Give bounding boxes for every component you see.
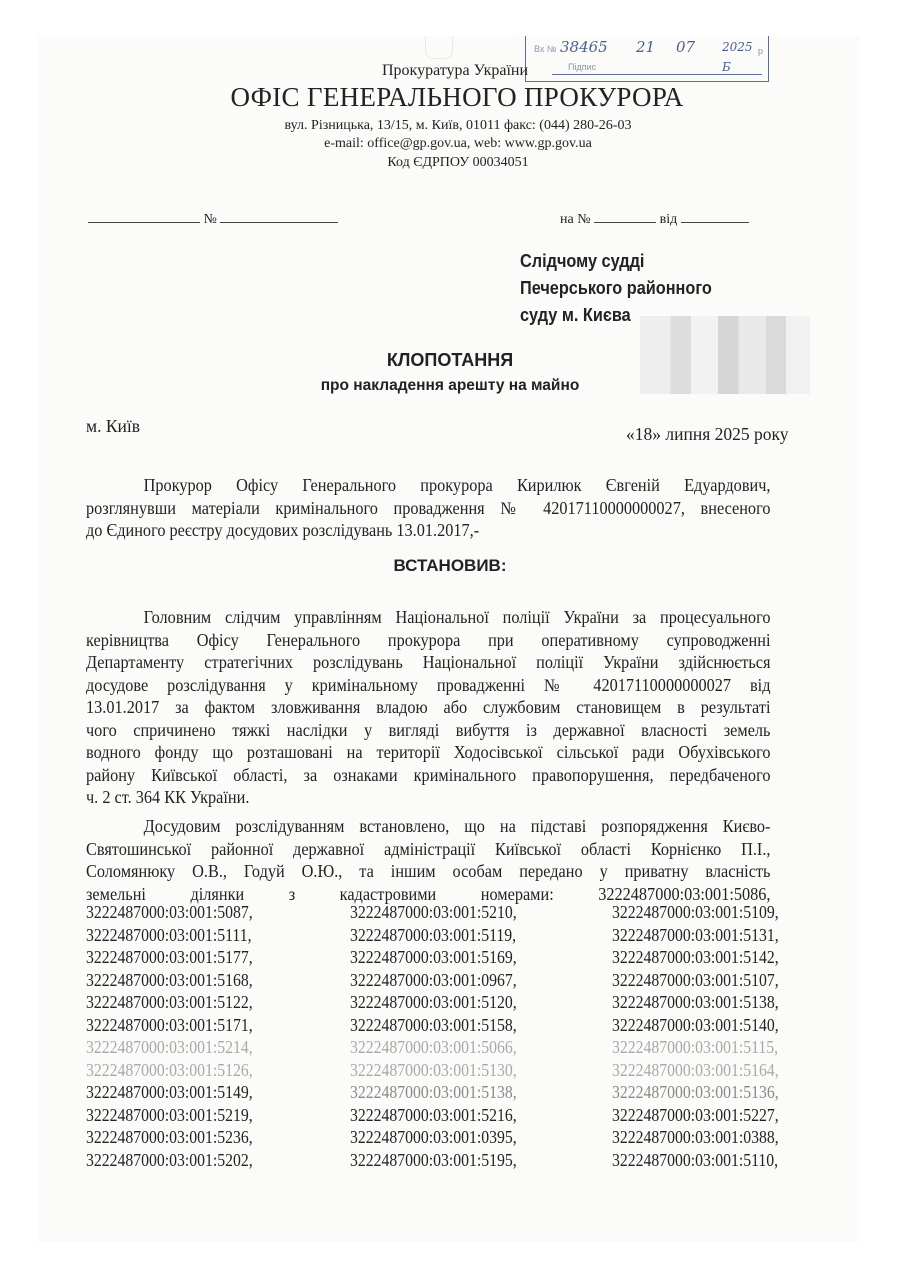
para2-line: Святошинської районної державної адмініс… bbox=[86, 838, 770, 861]
org-name: ОФІС ГЕНЕРАЛЬНОГО ПРОКУРОРА bbox=[0, 82, 900, 113]
para1-line: чого спричинено тяжкі наслідки у вигляді… bbox=[86, 719, 770, 742]
cadastral-number: 3222487000:03:001:5219, bbox=[86, 1105, 253, 1126]
reply-ref: на № від bbox=[560, 208, 749, 228]
cadastral-number: 3222487000:03:001:5202, bbox=[86, 1150, 253, 1171]
cadastral-number: 3222487000:03:001:0395, bbox=[350, 1127, 517, 1148]
cadastral-number: 3222487000:03:001:5138, bbox=[350, 1082, 517, 1103]
stamp-year: 2025 bbox=[722, 40, 753, 54]
cadastral-number: 3222487000:03:001:5177, bbox=[86, 947, 253, 968]
para1-line: 13.01.2017 за фактом зловживання владою … bbox=[86, 696, 770, 719]
para1-line: ч. 2 ст. 364 КК України. bbox=[86, 786, 770, 809]
para1-line: водного фонду що розташовані на територі… bbox=[86, 741, 770, 764]
outgoing-ref: № bbox=[88, 208, 338, 228]
stamp-day: 21 bbox=[636, 38, 655, 56]
para1-line: Департаменту стратегічних розслідувань Н… bbox=[86, 651, 770, 674]
cadastral-number: 3222487000:03:001:5115, bbox=[612, 1037, 778, 1058]
cadastral-number: 3222487000:03:001:0388, bbox=[612, 1127, 779, 1148]
reply-from-label: від bbox=[660, 212, 678, 227]
stamp-month: 07 bbox=[676, 38, 695, 56]
cadastral-number: 3222487000:03:001:5130, bbox=[350, 1060, 517, 1081]
cadastral-number: 3222487000:03:001:5136, bbox=[612, 1082, 779, 1103]
intro-line-1: Прокурор Офісу Генерального прокурора Ки… bbox=[86, 474, 770, 497]
org-edrpou: Код ЄДРПОУ 00034051 bbox=[0, 155, 900, 171]
intro-line-2: розглянувши матеріали кримінального пров… bbox=[86, 497, 770, 520]
parent-org: Прокуратура України bbox=[0, 62, 900, 80]
para1-line: досудове розслідування у кримінальному п… bbox=[86, 674, 770, 697]
section-heading: ВСТАНОВИВ: bbox=[0, 556, 900, 576]
cadastral-number: 3222487000:03:001:5120, bbox=[350, 992, 517, 1013]
cadastral-number: 3222487000:03:001:5107, bbox=[612, 970, 779, 991]
cadastral-number: 3222487000:03:001:5111, bbox=[86, 925, 252, 946]
cadastral-number: 3222487000:03:001:5236, bbox=[86, 1127, 253, 1148]
findings-paragraph-2: Досудовим розслідуванням встановлено, що… bbox=[86, 815, 770, 883]
cadastral-number: 3222487000:03:001:5119, bbox=[350, 925, 516, 946]
para1-line: Головним слідчим управлінням Національно… bbox=[86, 606, 770, 629]
cadastral-number: 3222487000:03:001:5227, bbox=[612, 1105, 779, 1126]
document-date: «18» липня 2025 року bbox=[626, 424, 789, 445]
addressee-line3: суду м. Києва bbox=[520, 304, 631, 326]
cadastral-number: 3222487000:03:001:5214, bbox=[86, 1037, 253, 1058]
cadastral-number: 3222487000:03:001:5164, bbox=[612, 1060, 779, 1081]
cadastral-number: 3222487000:03:001:5131, bbox=[612, 925, 779, 946]
cadastral-number: 3222487000:03:001:5109, bbox=[612, 902, 779, 923]
outgoing-no-label: № bbox=[204, 212, 217, 227]
intro-paragraph: Прокурор Офісу Генерального прокурора Ки… bbox=[86, 474, 770, 542]
para1-line: району Київської області, за ознаками кр… bbox=[86, 764, 770, 787]
org-contacts: e-mail: office@gp.gov.ua, web: www.gp.go… bbox=[0, 136, 900, 152]
cadastral-number: 3222487000:03:001:5138, bbox=[612, 992, 779, 1013]
intro-line-3: до Єдиного реєстру досудових розслідуван… bbox=[86, 519, 770, 542]
cadastral-number: 3222487000:03:001:5140, bbox=[612, 1015, 779, 1036]
cadastral-number: 3222487000:03:001:5195, bbox=[350, 1150, 517, 1171]
stamp-year-suffix: р bbox=[758, 46, 763, 56]
redacted-area bbox=[640, 316, 810, 394]
cadastral-number: 3222487000:03:001:5158, bbox=[350, 1015, 517, 1036]
reply-date-blank bbox=[681, 208, 749, 223]
reply-no-label: на № bbox=[560, 212, 591, 227]
addressee-line2: Печерського районного bbox=[520, 277, 712, 299]
cadastral-number: 3222487000:03:001:5122, bbox=[86, 992, 253, 1013]
cadastral-number: 3222487000:03:001:5126, bbox=[86, 1060, 253, 1081]
place: м. Київ bbox=[86, 416, 140, 437]
outgoing-date-blank bbox=[88, 208, 200, 223]
org-address: вул. Різницька, 13/15, м. Київ, 01011 фа… bbox=[0, 118, 900, 134]
addressee-line1: Слідчому судді bbox=[520, 250, 644, 272]
findings-paragraph-1: Головним слідчим управлінням Національно… bbox=[86, 606, 770, 809]
para2-line: Соломянюку О.В., Годуй О.Ю., та іншим ос… bbox=[86, 860, 770, 883]
stamp-in-no-value: 38465 bbox=[560, 38, 608, 56]
cadastral-number: 3222487000:03:001:5110, bbox=[612, 1150, 778, 1171]
cadastral-number: 3222487000:03:001:5171, bbox=[86, 1015, 253, 1036]
reply-no-blank bbox=[594, 208, 656, 223]
cadastral-number: 3222487000:03:001:5169, bbox=[350, 947, 517, 968]
cadastral-number: 3222487000:03:001:5087, bbox=[86, 902, 253, 923]
para1-line: керівництва Офісу Генерального прокурора… bbox=[86, 629, 770, 652]
cadastral-number: 3222487000:03:001:5142, bbox=[612, 947, 779, 968]
emblem-icon bbox=[425, 36, 453, 59]
cadastral-number: 3222487000:03:001:5168, bbox=[86, 970, 253, 991]
cadastral-number: 3222487000:03:001:5216, bbox=[350, 1105, 517, 1126]
outgoing-no-blank bbox=[220, 208, 338, 223]
para2-line: Досудовим розслідуванням встановлено, що… bbox=[86, 815, 770, 838]
cadastral-number: 3222487000:03:001:5149, bbox=[86, 1082, 253, 1103]
cadastral-number: 3222487000:03:001:5066, bbox=[350, 1037, 517, 1058]
cadastral-number: 3222487000:03:001:5210, bbox=[350, 902, 517, 923]
stamp-in-no-label: Вх № bbox=[534, 44, 557, 54]
cadastral-number: 3222487000:03:001:0967, bbox=[350, 970, 517, 991]
